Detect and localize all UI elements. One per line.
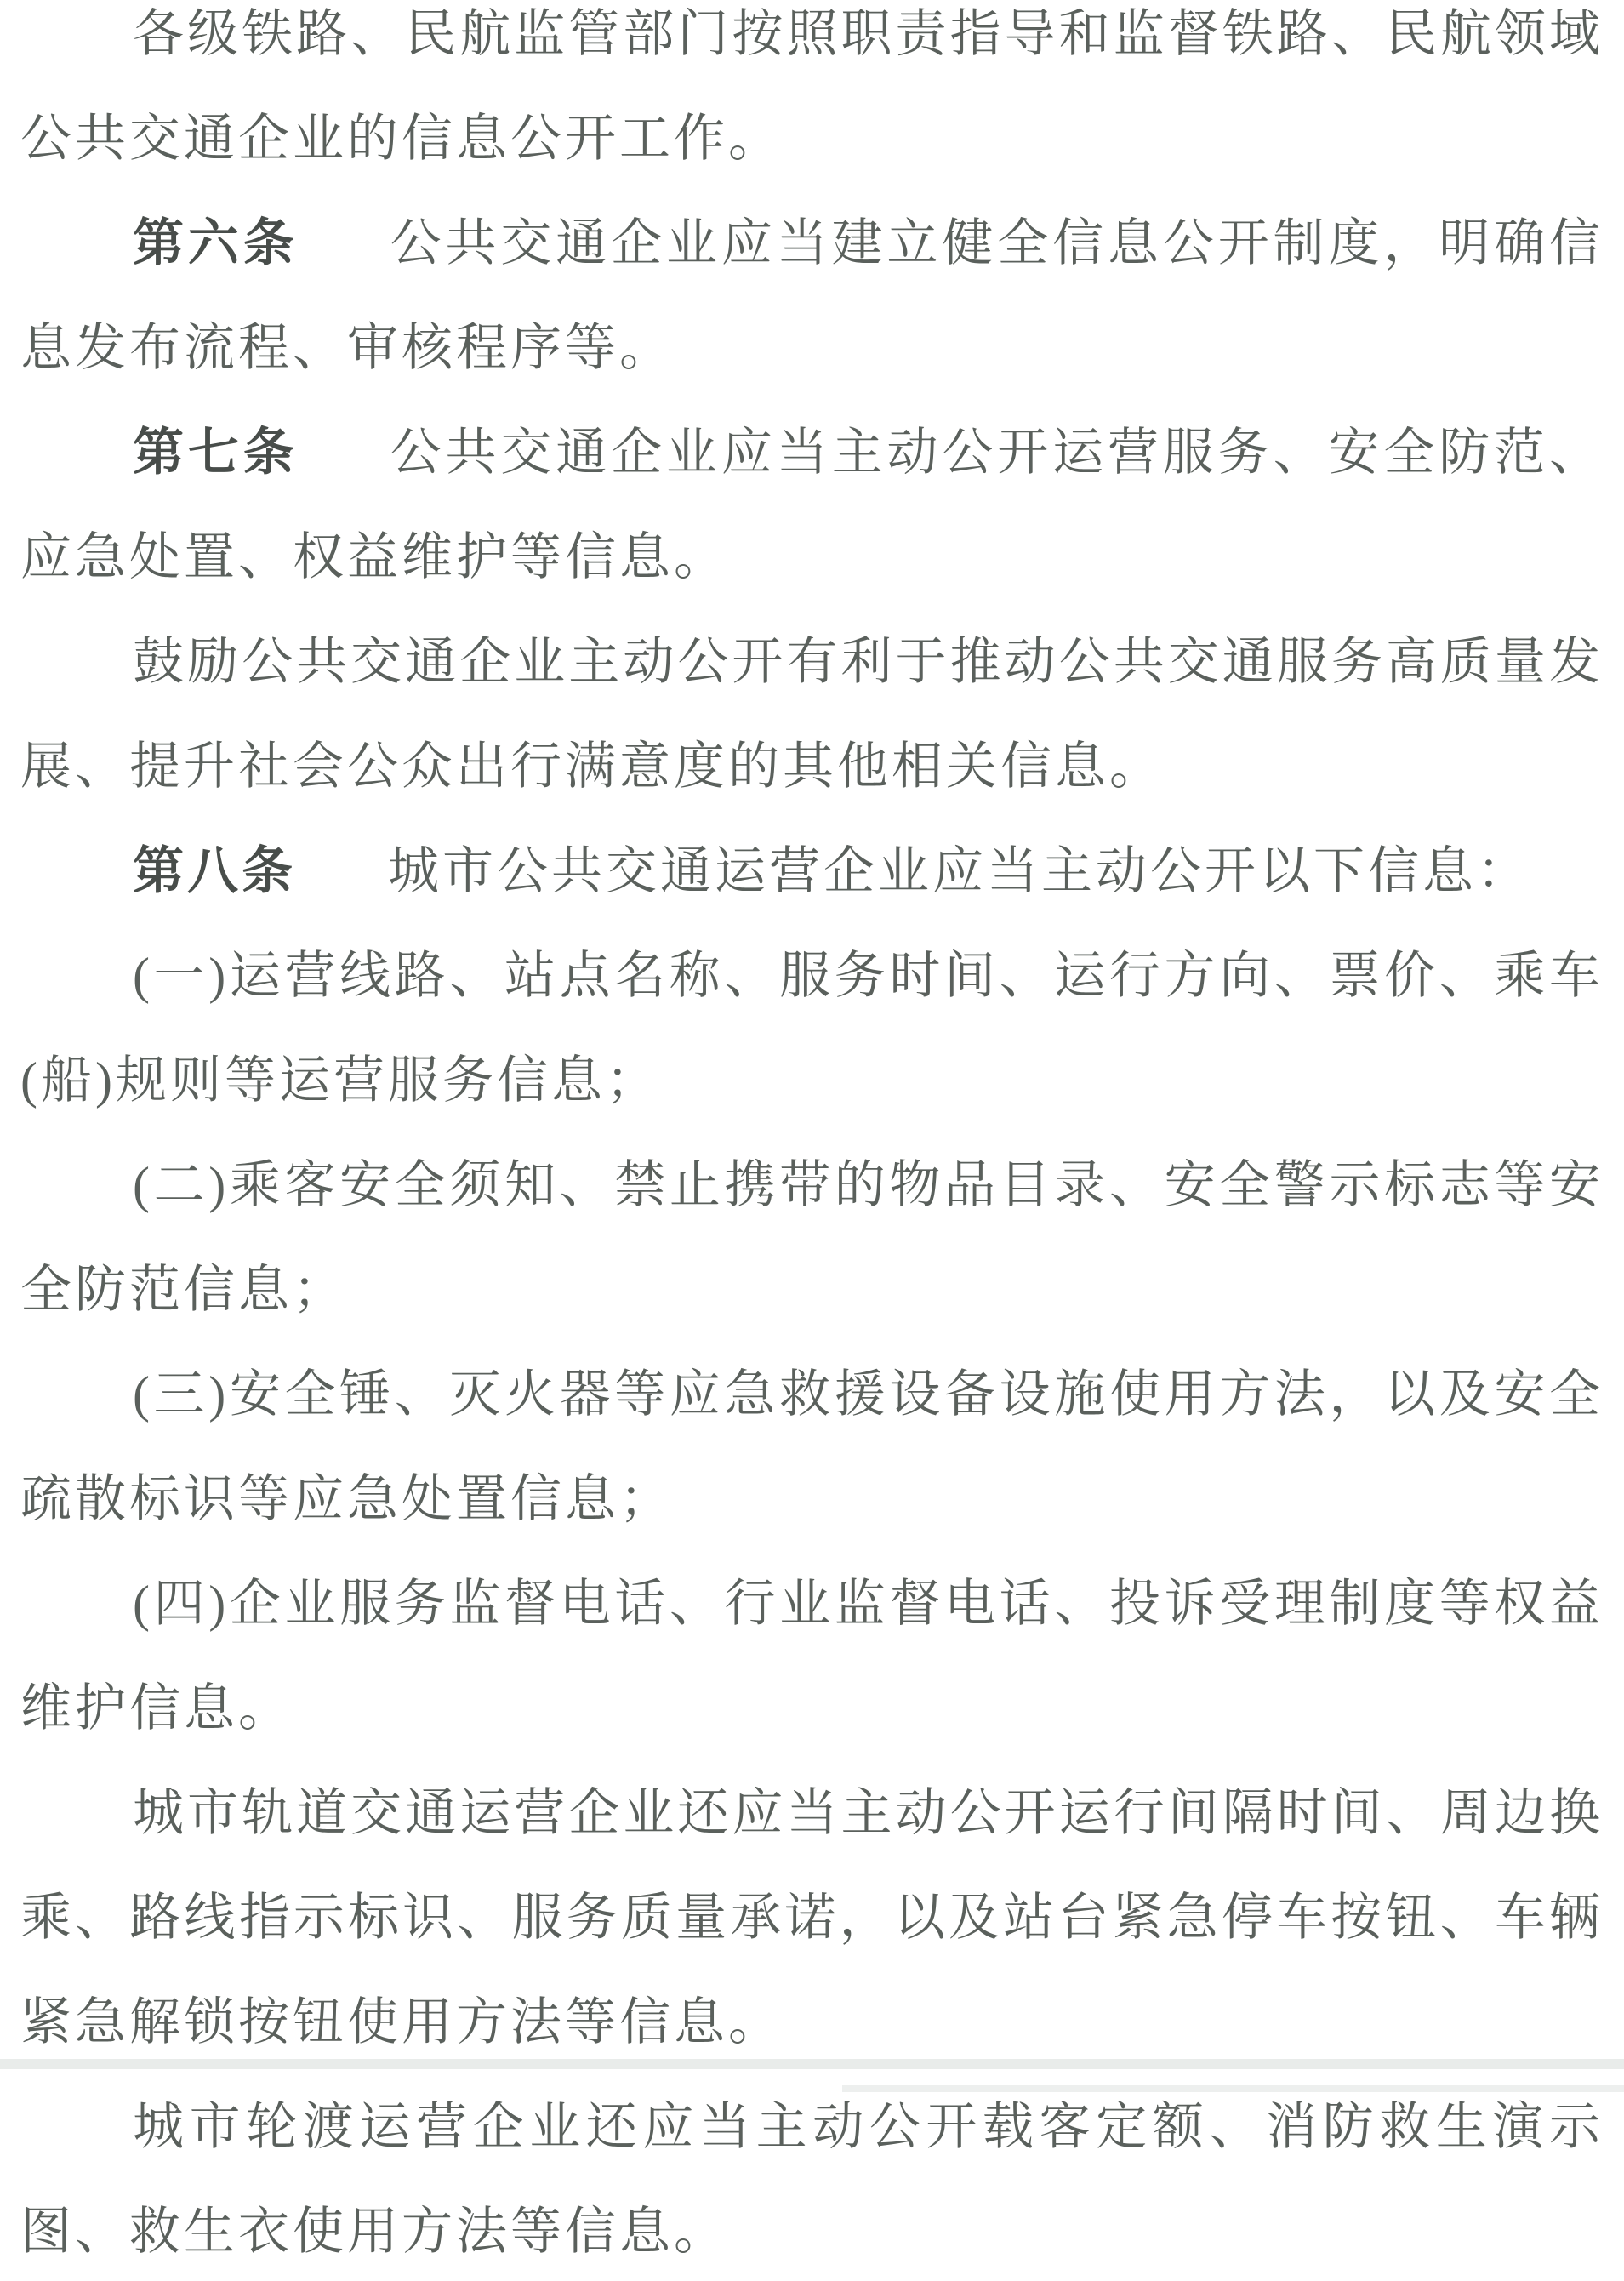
paragraph: (四)企业服务监督电话、行业监督电话、投诉受理制度等权益维护信息。 xyxy=(20,1552,1604,1761)
paragraph-text: (一)运营线路、站点名称、服务时间、运行方向、票价、乘车(船)规则等运营服务信息… xyxy=(20,948,1604,1109)
paragraph-text: (三)安全锤、灭火器等应急救援设备设施使用方法，以及安全疏散标识等应急处置信息； xyxy=(20,1366,1604,1527)
paragraph-text: 城市轨道交通运营企业还应当主动公开运行间隔时间、周边换乘、路线指示标识、服务质量… xyxy=(20,1785,1604,2050)
paragraph-text: 鼓励公共交通企业主动公开有利于推动公共交通服务高质量发展、提升社会公众出行满意度… xyxy=(20,634,1604,795)
article-number: 第六条 xyxy=(133,215,299,271)
paragraph: 鼓励公共交通企业主动公开有利于推动公共交通服务高质量发展、提升社会公众出行满意度… xyxy=(20,610,1604,819)
paragraph-text: 城市轮渡运营企业还应当主动公开载客定额、消防救生演示图、救生衣使用方法等信息。 xyxy=(20,2099,1604,2260)
article-number: 第七条 xyxy=(133,425,299,481)
paragraph: (一)运营线路、站点名称、服务时间、运行方向、票价、乘车(船)规则等运营服务信息… xyxy=(20,924,1604,1133)
paragraph-text: 各级铁路、民航监管部门按照职责指导和监督铁路、民航领域公共交通企业的信息公开工作… xyxy=(20,6,1604,167)
article-number: 第八条 xyxy=(133,843,296,899)
paragraph: (二)乘客安全须知、禁止携带的物品目录、安全警示标志等安全防范信息； xyxy=(20,1133,1604,1343)
paragraph: 城市轨道交通运营企业还应当主动公开运行间隔时间、周边换乘、路线指示标识、服务质量… xyxy=(20,1761,1604,2075)
paragraph: 第八条城市公共交通运营企业应当主动公开以下信息： xyxy=(20,819,1604,924)
paragraph: 各级铁路、民航监管部门按照职责指导和监督铁路、民航领域公共交通企业的信息公开工作… xyxy=(20,0,1604,191)
document-page: { "page": { "background_color": "#ffffff… xyxy=(0,0,1624,2281)
paragraph-text: (四)企业服务监督电话、行业监督电话、投诉受理制度等权益维护信息。 xyxy=(20,1576,1604,1736)
paragraph-text: (二)乘客安全须知、禁止携带的物品目录、安全警示标志等安全防范信息； xyxy=(20,1157,1604,1318)
paragraph: 城市轮渡运营企业还应当主动公开载客定额、消防救生演示图、救生衣使用方法等信息。 xyxy=(20,2075,1604,2281)
paragraph: 第六条公共交通企业应当建立健全信息公开制度，明确信息发布流程、审核程序等。 xyxy=(20,191,1604,401)
paragraph: (三)安全锤、灭火器等应急救援设备设施使用方法，以及安全疏散标识等应急处置信息； xyxy=(20,1343,1604,1552)
paragraph: 第七条公共交通企业应当主动公开运营服务、安全防范、应急处置、权益维护等信息。 xyxy=(20,401,1604,610)
paragraph-text: 城市公共交通运营企业应当主动公开以下信息： xyxy=(388,843,1531,899)
document-body: 各级铁路、民航监管部门按照职责指导和监督铁路、民航领域公共交通企业的信息公开工作… xyxy=(20,0,1604,2281)
